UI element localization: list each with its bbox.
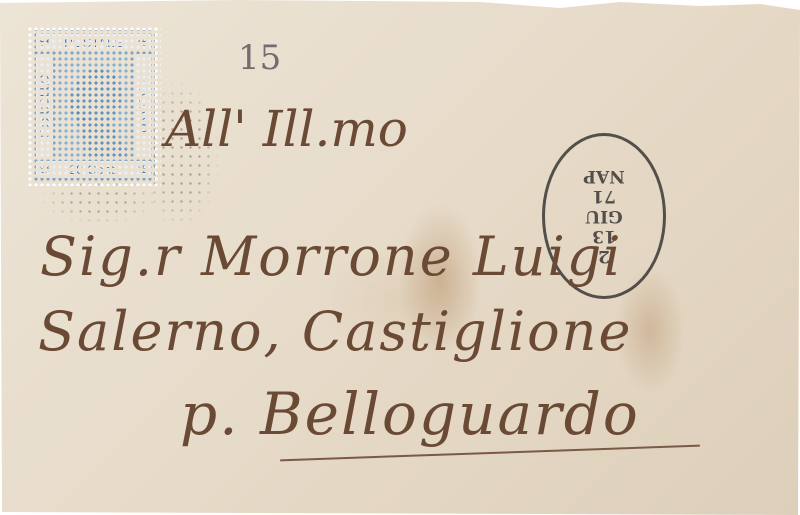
dotted-cancellation-lower xyxy=(40,180,160,230)
postmark-line: GIU xyxy=(585,206,622,226)
stamp-left-label: Fco BOLLO xyxy=(38,74,52,137)
stamp-corner-ornament-icon: ✠ xyxy=(135,34,151,51)
profile-head-icon xyxy=(56,54,131,158)
pencil-note: 15 xyxy=(238,38,281,78)
envelope: ✠ ✠ ✠ ✠ POSTALE 20 Cent. Fco BOLLO ITALI… xyxy=(0,0,800,515)
stamp-left-border: Fco BOLLO xyxy=(36,54,53,158)
address-line-city: Salerno, Castiglione xyxy=(38,300,632,363)
king-portrait xyxy=(56,54,131,158)
stamp-value-label: 20 Cent. xyxy=(52,161,135,178)
stamp-corner-ornament-icon: ✠ xyxy=(135,161,151,178)
stamp-corner-ornament-icon: ✠ xyxy=(36,34,52,51)
postmark-line: 71 xyxy=(592,186,616,206)
address-line-name: Sig.r Morrone Luigi xyxy=(40,225,623,288)
postmark-line: NAP xyxy=(583,166,625,186)
stamp-right-label: ITALIANO xyxy=(136,79,150,133)
stamp-frame: ✠ ✠ ✠ ✠ POSTALE 20 Cent. Fco BOLLO ITALI… xyxy=(32,30,155,182)
salutation: All' Ill.mo xyxy=(165,100,408,158)
postage-stamp: ✠ ✠ ✠ ✠ POSTALE 20 Cent. Fco BOLLO ITALI… xyxy=(27,26,161,186)
stamp-right-border: ITALIANO xyxy=(134,54,151,158)
stamp-corner-ornament-icon: ✠ xyxy=(36,161,52,178)
address-line-locality: p. Belloguardo xyxy=(180,380,640,448)
stamp-top-label: POSTALE xyxy=(52,34,135,51)
